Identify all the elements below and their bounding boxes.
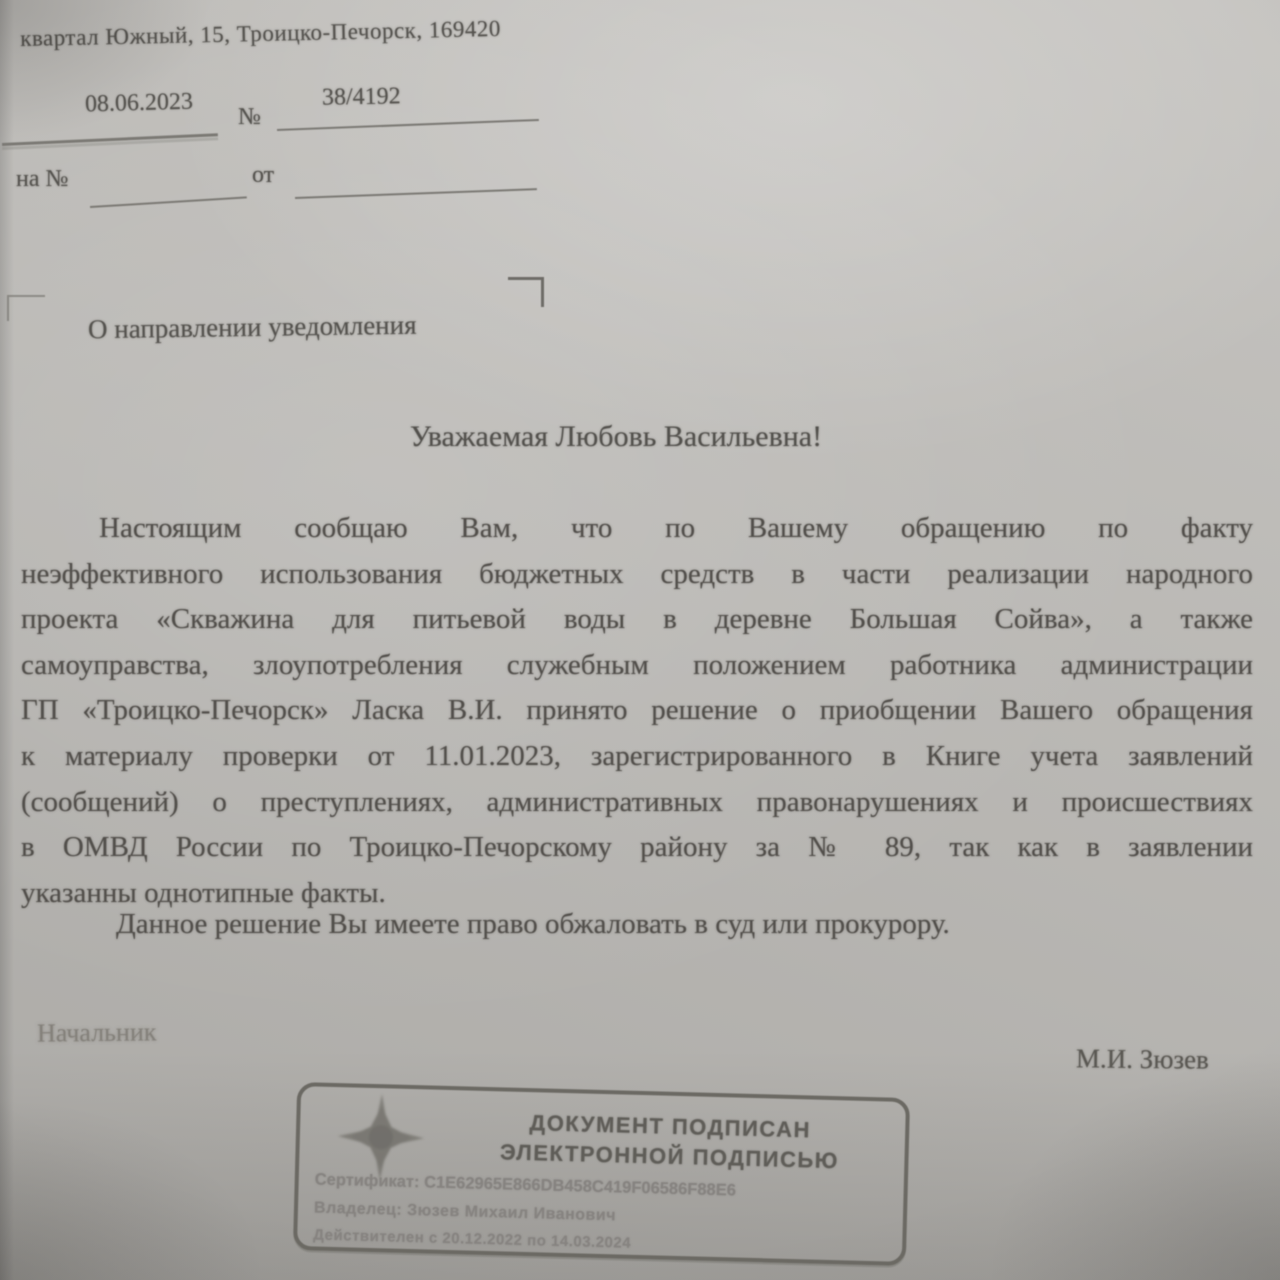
subject-line: О направлении уведомления bbox=[88, 310, 417, 346]
body-line: неэффективного использования бюджетных с… bbox=[21, 552, 1253, 598]
certificate-value: C1E62965E866DB458C419F06586F88E6 bbox=[424, 1173, 736, 1199]
letter-date: 08.06.2023 bbox=[85, 89, 194, 119]
sender-address: квартал Южный, 15, Троицко-Печорск, 1694… bbox=[20, 16, 501, 52]
body-line: проекта «Скважина для питьевой воды в де… bbox=[21, 597, 1253, 643]
reply-date-underline bbox=[295, 188, 537, 199]
mvd-emblem-icon bbox=[337, 1093, 425, 1181]
body-line: в ОМВД России по Троицко-Печорскому райо… bbox=[21, 825, 1253, 871]
owner-label: Владелец: bbox=[314, 1199, 403, 1218]
corner-mark-right bbox=[508, 277, 544, 307]
body-paragraph: Настоящим сообщаю Вам, что по Вашему обр… bbox=[21, 506, 1253, 916]
signer-position: Начальник bbox=[37, 1017, 157, 1048]
body-line: ГП «Троицко-Печорск» Ласка В.И. принято … bbox=[21, 688, 1253, 734]
validity-line: Действителен с 20.12.2022 по 14.03.2024 bbox=[313, 1226, 631, 1251]
certificate-label: Сертификат: bbox=[315, 1170, 420, 1191]
reply-to-number-label: на № bbox=[16, 166, 68, 193]
reply-from-label: от bbox=[252, 162, 274, 189]
stamp-title: ДОКУМЕНТ ПОДПИСАН ЭЛЕКТРОННОЙ ПОДПИСЬЮ bbox=[439, 1106, 900, 1178]
salutation: Уважаемая Любовь Васильевна! bbox=[0, 420, 1232, 454]
letter-number: 38/4192 bbox=[322, 83, 401, 111]
corner-mark-left bbox=[7, 295, 45, 321]
date-underline bbox=[2, 133, 218, 146]
owner-line: Владелец: Зюзев Михаил Иванович bbox=[314, 1199, 616, 1225]
body-line: (сообщений) о преступлениях, администрат… bbox=[21, 780, 1253, 826]
digital-signature-stamp: ДОКУМЕНТ ПОДПИСАН ЭЛЕКТРОННОЙ ПОДПИСЬЮ С… bbox=[293, 1082, 910, 1266]
body-line: самоуправства, злоупотребления служебным… bbox=[21, 643, 1253, 689]
body-line: к материалу проверки от 11.01.2023, заре… bbox=[21, 734, 1253, 780]
letter-photo: квартал Южный, 15, Троицко-Печорск, 1694… bbox=[0, 0, 1280, 1280]
owner-name: Зюзев Михаил Иванович bbox=[407, 1202, 616, 1224]
closing-sentence: Данное решение Вы имеете право обжаловат… bbox=[21, 908, 1253, 941]
body-line: Настоящим сообщаю Вам, что по Вашему обр… bbox=[21, 506, 1253, 552]
reply-number-underline bbox=[90, 196, 247, 208]
number-sign: № bbox=[238, 104, 261, 131]
number-underline bbox=[277, 119, 539, 131]
certificate-line: Сертификат: C1E62965E866DB458C419F06586F… bbox=[314, 1170, 736, 1200]
signer-name: М.И. Зюзев bbox=[1076, 1043, 1209, 1075]
